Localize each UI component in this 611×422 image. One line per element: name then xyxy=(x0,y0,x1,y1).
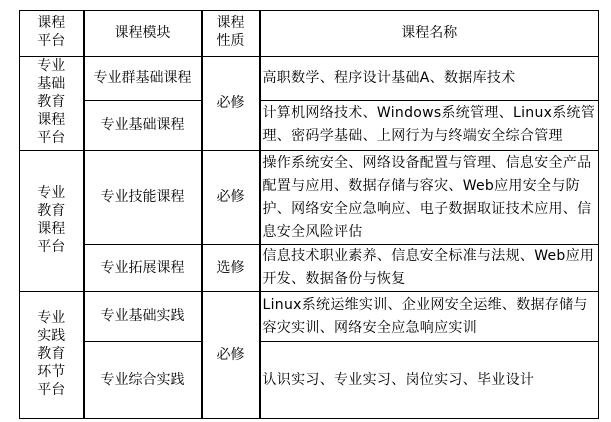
table-row: 专业基础课程 计算机网络技术、Windows系统管理、Linux系统管理、密码学… xyxy=(20,100,599,150)
nature-cell: 必修 xyxy=(202,57,260,151)
nature-cell: 必修 xyxy=(202,292,260,419)
module-cell: 专业综合实践 xyxy=(84,342,202,419)
header-platform-text: 课程平台 xyxy=(36,14,66,50)
course-names-cell: 认识实习、专业实习、岗位实习、毕业设计 xyxy=(260,342,599,419)
header-nature: 课程性质 xyxy=(202,11,260,57)
table-row: 专业教育课程平台 专业技能课程 必修 操作系统安全、网络设备配置与管理、信息安全… xyxy=(20,151,599,245)
course-names-cell: 计算机网络技术、Windows系统管理、Linux系统管理、密码学基础、上网行为… xyxy=(260,100,599,150)
header-platform: 课程平台 xyxy=(20,11,84,57)
module-cell: 专业基础实践 xyxy=(84,292,202,342)
header-nature-text: 课程性质 xyxy=(216,14,246,50)
platform-cell: 专业实践教育环节平台 xyxy=(20,292,84,419)
course-names-cell: 高职数学、程序设计基础A、数据库技术 xyxy=(260,57,599,101)
platform-text: 专业实践教育环节平台 xyxy=(36,309,66,399)
platform-text: 专业教育课程平台 xyxy=(36,184,66,256)
table-row: 专业实践教育环节平台 专业基础实践 必修 Linux系统运维实训、企业网安全运维… xyxy=(20,292,599,342)
nature-cell: 必修 xyxy=(202,151,260,245)
module-cell: 专业群基础课程 xyxy=(84,57,202,101)
course-names-cell: 信息技术职业素养、信息安全标准与法规、Web应用开发、数据备份与恢复 xyxy=(260,245,599,292)
platform-cell: 专业基础教育课程平台 xyxy=(20,57,84,151)
platform-text: 专业基础教育课程平台 xyxy=(36,57,66,147)
header-module: 课程模块 xyxy=(84,11,202,57)
table-row: 专业综合实践 认识实习、专业实习、岗位实习、毕业设计 xyxy=(20,342,599,419)
course-names-cell: 操作系统安全、网络设备配置与管理、信息安全产品配置与应用、数据存储与容灾、Web… xyxy=(260,151,599,245)
module-cell: 专业技能课程 xyxy=(84,151,202,245)
header-names: 课程名称 xyxy=(260,11,599,57)
module-cell: 专业基础课程 xyxy=(84,100,202,150)
course-names-cell: Linux系统运维实训、企业网安全运维、数据存储与容灾实训、网络安全应急响应实训 xyxy=(260,292,599,342)
table-row: 专业拓展课程 选修 信息技术职业素养、信息安全标准与法规、Web应用开发、数据备… xyxy=(20,245,599,292)
curriculum-table: 课程平台 课程模块 课程性质 课程名称 专业基础教育课程平台 专业群基础课程 必… xyxy=(19,10,599,419)
platform-cell: 专业教育课程平台 xyxy=(20,151,84,292)
table-row: 专业基础教育课程平台 专业群基础课程 必修 高职数学、程序设计基础A、数据库技术 xyxy=(20,57,599,101)
nature-cell: 选修 xyxy=(202,245,260,292)
table-header-row: 课程平台 课程模块 课程性质 课程名称 xyxy=(20,11,599,57)
module-cell: 专业拓展课程 xyxy=(84,245,202,292)
